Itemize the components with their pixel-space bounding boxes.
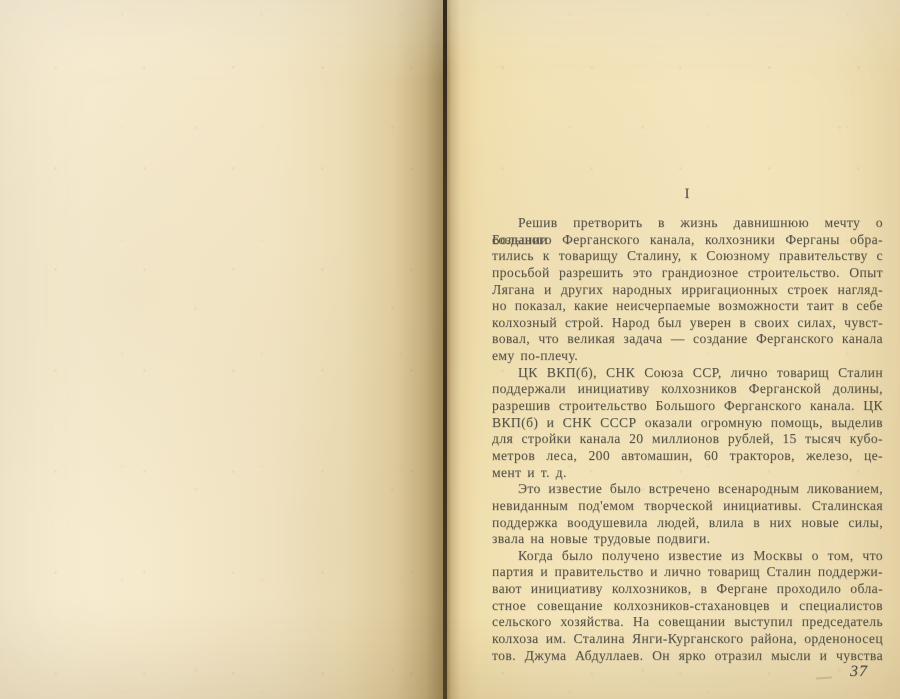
text-line: разрешив строительство Большого Ферганск… <box>492 398 883 415</box>
text-line: просьбой разрешить это грандиозное строи… <box>492 265 883 282</box>
text-line: сельского хозяйства. На совещании выступ… <box>492 614 883 631</box>
text-line: колхоза им. Сталина Янги-Курганского рай… <box>492 631 883 648</box>
text-line: поддержали инициативу колхозников Ферган… <box>492 381 883 398</box>
text-line: ЦК ВКП(б), СНК Союза ССР, лично товарищ … <box>492 365 883 382</box>
book-spread: I Решив претворить в жизнь давнишнюю меч… <box>0 0 900 699</box>
text-line: Это известие было встречено всенародным … <box>492 481 883 498</box>
text-line: колхозный строй. Народ был уверен в свои… <box>492 315 883 332</box>
text-line: Решив претворить в жизнь давнишнюю мечту… <box>492 215 883 232</box>
text-line: для стройки канала 20 миллионов рублей, … <box>492 431 883 448</box>
text-line: мент и т. д. <box>492 465 883 482</box>
left-page <box>0 0 443 699</box>
text-line: тились к товарищу Сталину, к Союзному пр… <box>492 248 883 265</box>
text-line: вают инициативу колхозников, в Фергане п… <box>492 581 883 598</box>
body-text: Решив претворить в жизнь давнишнюю мечту… <box>492 215 883 664</box>
text-line: но показал, какие неисчерпаемые возможно… <box>492 298 883 315</box>
text-line: ВКП(б) и СНК СССР оказали огромную помощ… <box>492 415 883 432</box>
text-line: вовал, что великая задача — создание Фер… <box>492 331 883 348</box>
text-line: партия и правительство и лично товарищ С… <box>492 564 883 581</box>
text-line: звала на новые трудовые подвиги. <box>492 531 883 548</box>
text-line: тов. Джума Абдуллаев. Он ярко отразил мы… <box>492 648 883 665</box>
text-line: ему по-плечу. <box>492 348 883 365</box>
text-line: Лягана и других народных ирригационных с… <box>492 282 883 299</box>
text-block: I Решив претворить в жизнь давнишнюю меч… <box>492 186 883 664</box>
text-line: невиданным под'емом творческой инициатив… <box>492 498 883 515</box>
text-line: метров леса, 200 автомашин, 60 тракторов… <box>492 448 883 465</box>
text-line: поддержка воодушевила людей, влила в них… <box>492 515 883 532</box>
right-page: I Решив претворить в жизнь давнишнюю меч… <box>447 0 900 699</box>
text-line: стное совещание колхозников-стахановцев … <box>492 598 883 615</box>
chapter-heading: I <box>492 186 883 215</box>
paper-texture <box>0 0 443 699</box>
page-number: 37 <box>850 663 868 681</box>
text-line: Большого Ферганского канала, колхозники … <box>492 232 883 249</box>
text-line: Когда было получено известие из Москвы о… <box>492 548 883 565</box>
